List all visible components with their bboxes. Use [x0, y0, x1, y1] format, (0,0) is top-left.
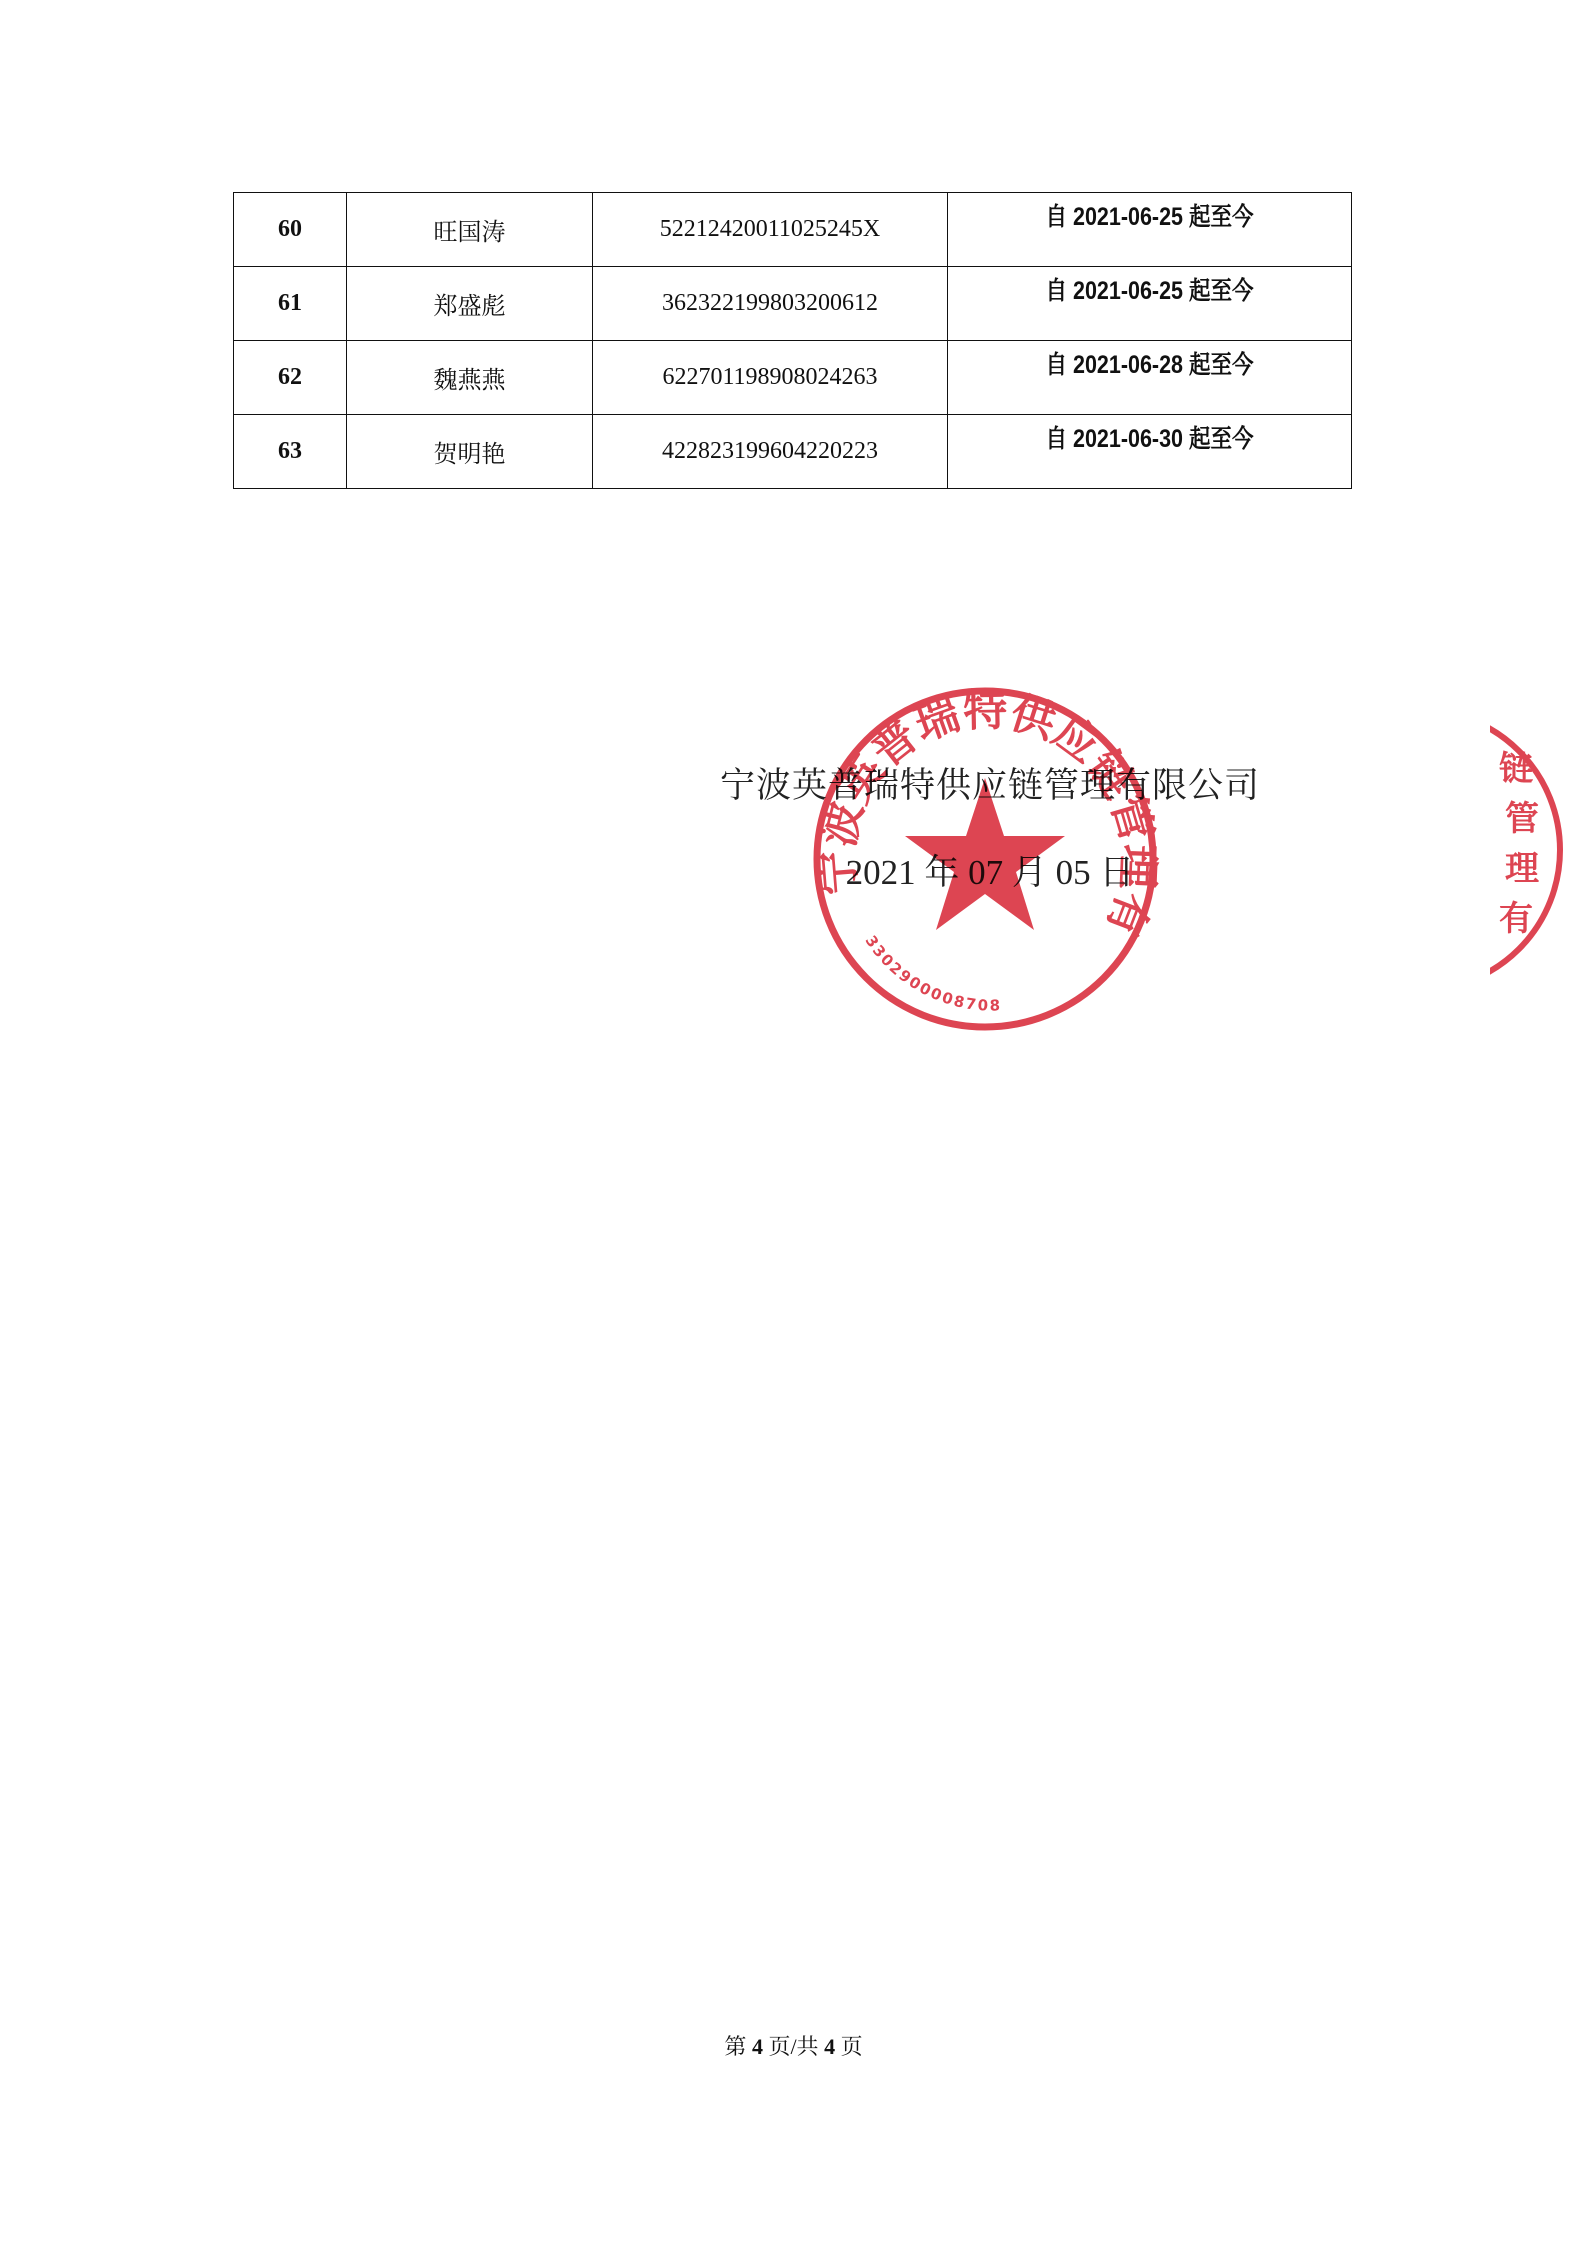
- employee-table: 60旺国涛52212420011025245X自 2021-06-25 起至今6…: [233, 192, 1352, 489]
- table-row: 61郑盛彪362322199803200612自 2021-06-25 起至今: [234, 267, 1352, 341]
- footer-suffix: 页: [841, 2034, 863, 2059]
- footer-prefix: 第: [724, 2034, 746, 2059]
- svg-text:链管理有: 链管理有: [1499, 749, 1539, 939]
- period-text: 自 2021-06-28 起至今: [976, 345, 1323, 381]
- id-number: 362322199803200612: [593, 267, 948, 341]
- table-row: 62魏燕燕622701198908024263自 2021-06-28 起至今: [234, 341, 1352, 415]
- page-footer: 第 4 页/共 4 页: [0, 2030, 1587, 2061]
- period-text: 自 2021-06-30 起至今: [976, 419, 1323, 455]
- svg-text:3302900008708: 3302900008708: [862, 932, 1003, 1015]
- seal-code-text: 3302900008708: [862, 932, 1003, 1015]
- id-number: 52212420011025245X: [593, 193, 948, 267]
- person-name: 旺国涛: [347, 193, 593, 267]
- person-name: 贺明艳: [347, 415, 593, 489]
- partial-seal-icon: 链管理有: [1490, 700, 1587, 1000]
- period-text: 自 2021-06-25 起至今: [976, 197, 1323, 233]
- row-number: 61: [234, 267, 347, 341]
- table-row: 63贺明艳422823199604220223自 2021-06-30 起至今: [234, 415, 1352, 489]
- row-number: 62: [234, 341, 347, 415]
- footer-middle: 页/共: [768, 2034, 818, 2059]
- id-number: 422823199604220223: [593, 415, 948, 489]
- employment-period: 自 2021-06-25 起至今: [948, 267, 1352, 341]
- table-row: 60旺国涛52212420011025245X自 2021-06-25 起至今: [234, 193, 1352, 267]
- current-page: 4: [752, 2034, 763, 2059]
- person-name: 郑盛彪: [347, 267, 593, 341]
- company-seal-icon: 宁波英普瑞特供应链管理有限公司 3302900008708: [805, 678, 1165, 1040]
- employment-period: 自 2021-06-30 起至今: [948, 415, 1352, 489]
- row-number: 63: [234, 415, 347, 489]
- total-pages: 4: [824, 2034, 835, 2059]
- employment-period: 自 2021-06-28 起至今: [948, 341, 1352, 415]
- period-text: 自 2021-06-25 起至今: [976, 271, 1323, 307]
- id-number: 622701198908024263: [593, 341, 948, 415]
- row-number: 60: [234, 193, 347, 267]
- star-icon: [905, 778, 1065, 930]
- person-name: 魏燕燕: [347, 341, 593, 415]
- employment-period: 自 2021-06-25 起至今: [948, 193, 1352, 267]
